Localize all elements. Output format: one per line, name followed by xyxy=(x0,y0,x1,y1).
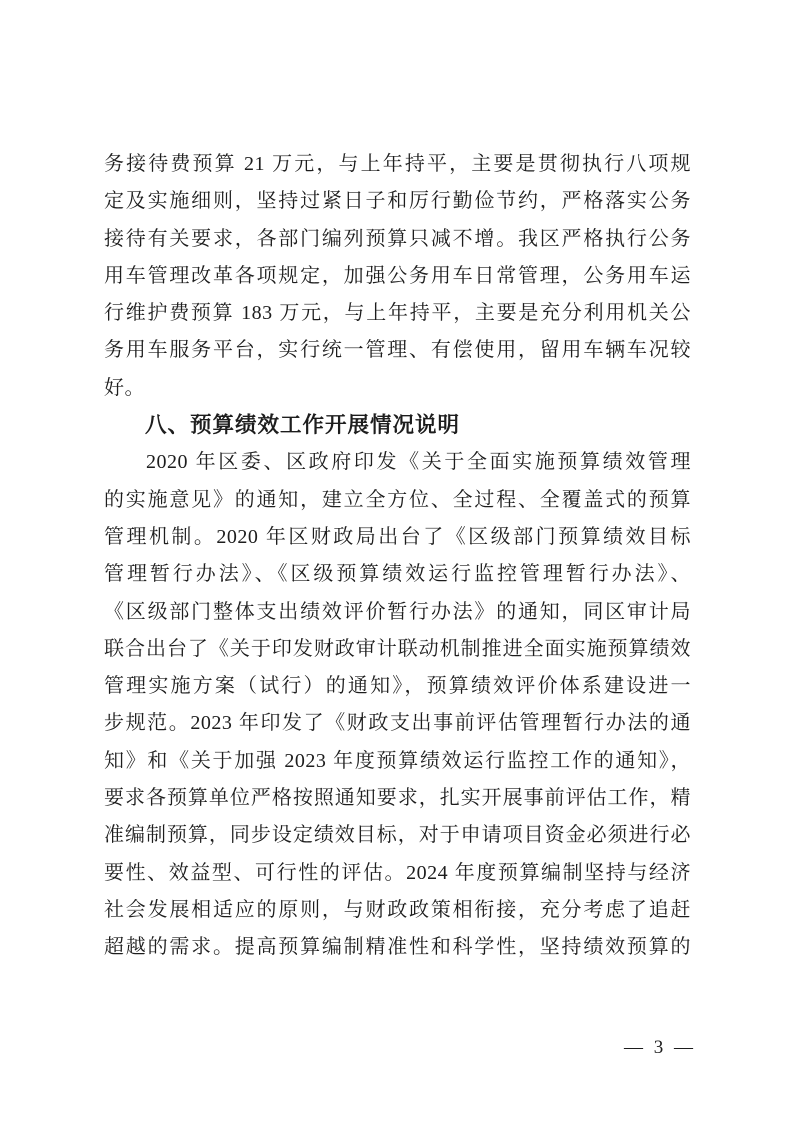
text-line: 行维护费预算 183 万元，与上年持平，主要是充分利用机关公 xyxy=(104,295,691,332)
text-line: 知》和《关于加强 2023 年度预算绩效运行监控工作的通知》， xyxy=(104,743,691,780)
text-line: 定及实施细则，坚持过紧日子和厉行勤俭节约，严格落实公务 xyxy=(104,183,691,220)
paragraph-budget-performance: 2020 年区委、区政府印发《关于全面实施预算绩效管理的实施意见》的通知，建立全… xyxy=(104,444,691,966)
text-line: 管理实施方案（试行）的通知》，预算绩效评价体系建设进一 xyxy=(104,668,691,705)
text-line: 务接待费预算 21 万元，与上年持平，主要是贯彻执行八项规 xyxy=(104,146,691,183)
text-line: 准编制预算，同步设定绩效目标，对于申请项目资金必须进行必 xyxy=(104,817,691,854)
text-line: 好。 xyxy=(104,370,691,407)
text-line: 超越的需求。提高预算编制精准性和科学性，坚持绩效预算的 xyxy=(104,929,691,966)
text-line: 要性、效益型、可行性的评估。2024 年度预算编制坚持与经济 xyxy=(104,855,691,892)
text-line: 2020 年区委、区政府印发《关于全面实施预算绩效管理 xyxy=(104,444,691,481)
text-line: 务用车服务平台，实行统一管理、有偿使用，留用车辆车况较 xyxy=(104,332,691,369)
text-line: 步规范。2023 年印发了《财政支出事前评估管理暂行办法的通 xyxy=(104,705,691,742)
text-line: 社会发展相适应的原则，与财政政策相衔接，充分考虑了追赶 xyxy=(104,892,691,929)
text-line: 要求各预算单位严格按照通知要求，扎实开展事前评估工作，精 xyxy=(104,780,691,817)
paragraph-budget-vehicle-expenses: 务接待费预算 21 万元，与上年持平，主要是贯彻执行八项规定及实施细则，坚持过紧… xyxy=(104,146,691,407)
text-line: 的实施意见》的通知，建立全方位、全过程、全覆盖式的预算 xyxy=(104,482,691,519)
section-heading: 八、预算绩效工作开展情况说明 xyxy=(104,407,691,444)
page-number: — 3 — xyxy=(624,1037,696,1059)
text-line: 用车管理改革各项规定，加强公务用车日常管理，公务用车运 xyxy=(104,258,691,295)
text-line: 《区级部门整体支出绩效评价暂行办法》的通知，同区审计局 xyxy=(104,594,691,631)
text-line: 联合出台了《关于印发财政审计联动机制推进全面实施预算绩效 xyxy=(104,631,691,668)
text-line: 接待有关要求，各部门编列预算只减不增。我区严格执行公务 xyxy=(104,221,691,258)
text-line: 管理暂行办法》、《区级预算绩效运行监控管理暂行办法》、 xyxy=(104,556,691,593)
document-body: 务接待费预算 21 万元，与上年持平，主要是贯彻执行八项规定及实施细则，坚持过紧… xyxy=(104,146,691,967)
text-line: 管理机制。2020 年区财政局出台了《区级部门预算绩效目标 xyxy=(104,519,691,556)
document-page: 务接待费预算 21 万元，与上年持平，主要是贯彻执行八项规定及实施细则，坚持过紧… xyxy=(0,0,793,1122)
